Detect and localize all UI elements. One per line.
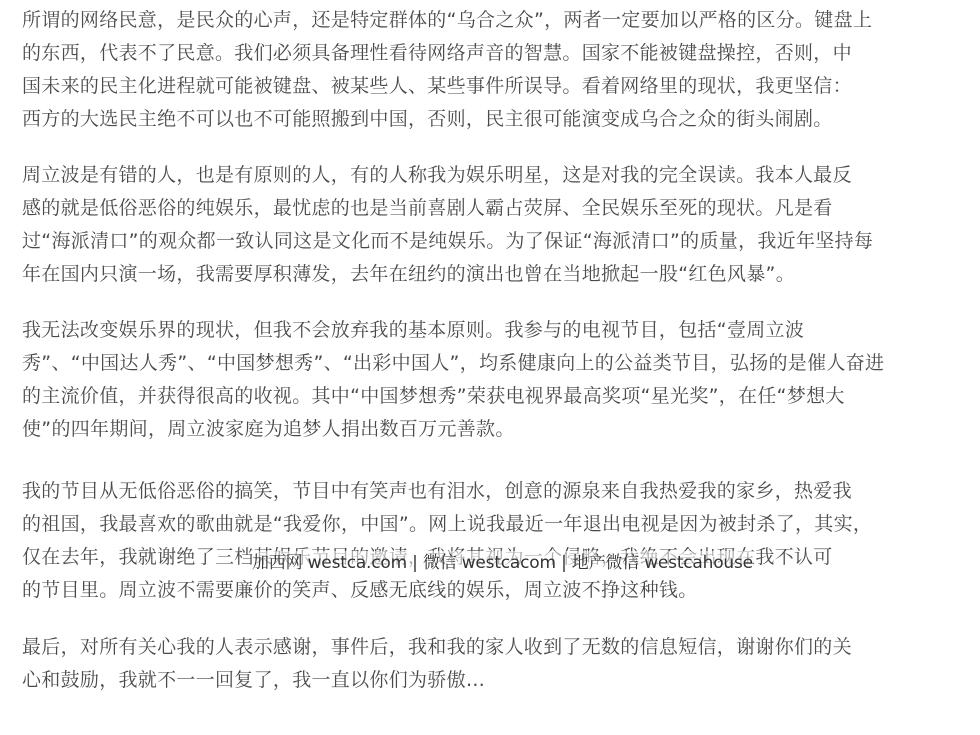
text-line: 国未来的民主化进程就可能被键盘、被某些人、某些事件所误导。看着网络里的现状，我更… [22,70,932,103]
paragraph-3: 我无法改变娱乐界的现状，但我不会放弃我的基本原则。我参与的电视节目，包括“壹周立… [22,314,932,446]
text-line: 的主流价值，并获得很高的收视。其中“中国梦想秀”荣获电视界最高奖项“星光奖”，在… [22,380,932,413]
text-line: 最后，对所有关心我的人表示感谢，事件后，我和我的家人收到了无数的信息短信，谢谢你… [22,631,932,664]
text-line: 年在国内只演一场，我需要厚积薄发，去年在纽约的演出也曾在当地掀起一股“红色风暴”… [22,258,932,291]
text-line: 心和鼓励，我就不一一回复了，我一直以你们为骄傲… [22,664,932,697]
paragraph-2: 周立波是有错的人，也是有原则的人，有的人称我为娱乐明星，这是对我的完全误读。我本… [22,159,932,291]
text-line: 我无法改变娱乐界的现状，但我不会放弃我的基本原则。我参与的电视节目，包括“壹周立… [22,314,932,347]
paragraph-4: 我的节目从无低俗恶俗的搞笑，节目中有笑声也有泪水，创意的源泉来自我热爱我的家乡，… [22,475,932,607]
text-line: 周立波是有错的人，也是有原则的人，有的人称我为娱乐明星，这是对我的完全误读。我本… [22,159,932,192]
text-line: 的东西，代表不了民意。我们必须具备理性看待网络声音的智慧。国家不能被键盘操控，否… [22,37,932,70]
text-line: 使”的四年期间，周立波家庭为追梦人捐出数百万元善款。 [22,413,932,446]
text-line: 所谓的网络民意，是民众的心声，还是特定群体的“乌合之众”，两者一定要加以严格的区… [22,4,932,37]
text-line: 西方的大选民主绝不可以也不可能照搬到中国，否则，民主很可能演变成乌合之众的街头闹… [22,103,932,136]
paragraph-5: 最后，对所有关心我的人表示感谢，事件后，我和我的家人收到了无数的信息短信，谢谢你… [22,631,932,697]
text-line: 感的就是低俗恶俗的纯娱乐，最忧虑的也是当前喜剧人霸占荧屏、全民娱乐至死的现状。凡… [22,192,932,225]
paragraph-1: 所谓的网络民意，是民众的心声，还是特定群体的“乌合之众”，两者一定要加以严格的区… [22,4,932,136]
text-line: 过“海派清口”的观众都一致认同这是文化而不是纯娱乐。为了保证“海派清口”的质量，… [22,225,932,258]
text-line: 我的节目从无低俗恶俗的搞笑，节目中有笑声也有泪水，创意的源泉来自我热爱我的家乡，… [22,475,932,508]
text-line: 的节目里。周立波不需要廉价的笑声、反感无底线的娱乐，周立波不挣这种钱。 [22,574,932,607]
text-line: 的祖国，我最喜欢的歌曲就是“我爱你，中国”。网上说我最近一年退出电视是因为被封杀… [22,508,932,541]
text-line: 秀”、“中国达人秀”、“中国梦想秀”、“出彩中国人”，均系健康向上的公益类节目，… [22,347,932,380]
watermark-overlay: 加西网 westca.com | 微信 westcacom | 地产微信 wes… [252,551,753,575]
